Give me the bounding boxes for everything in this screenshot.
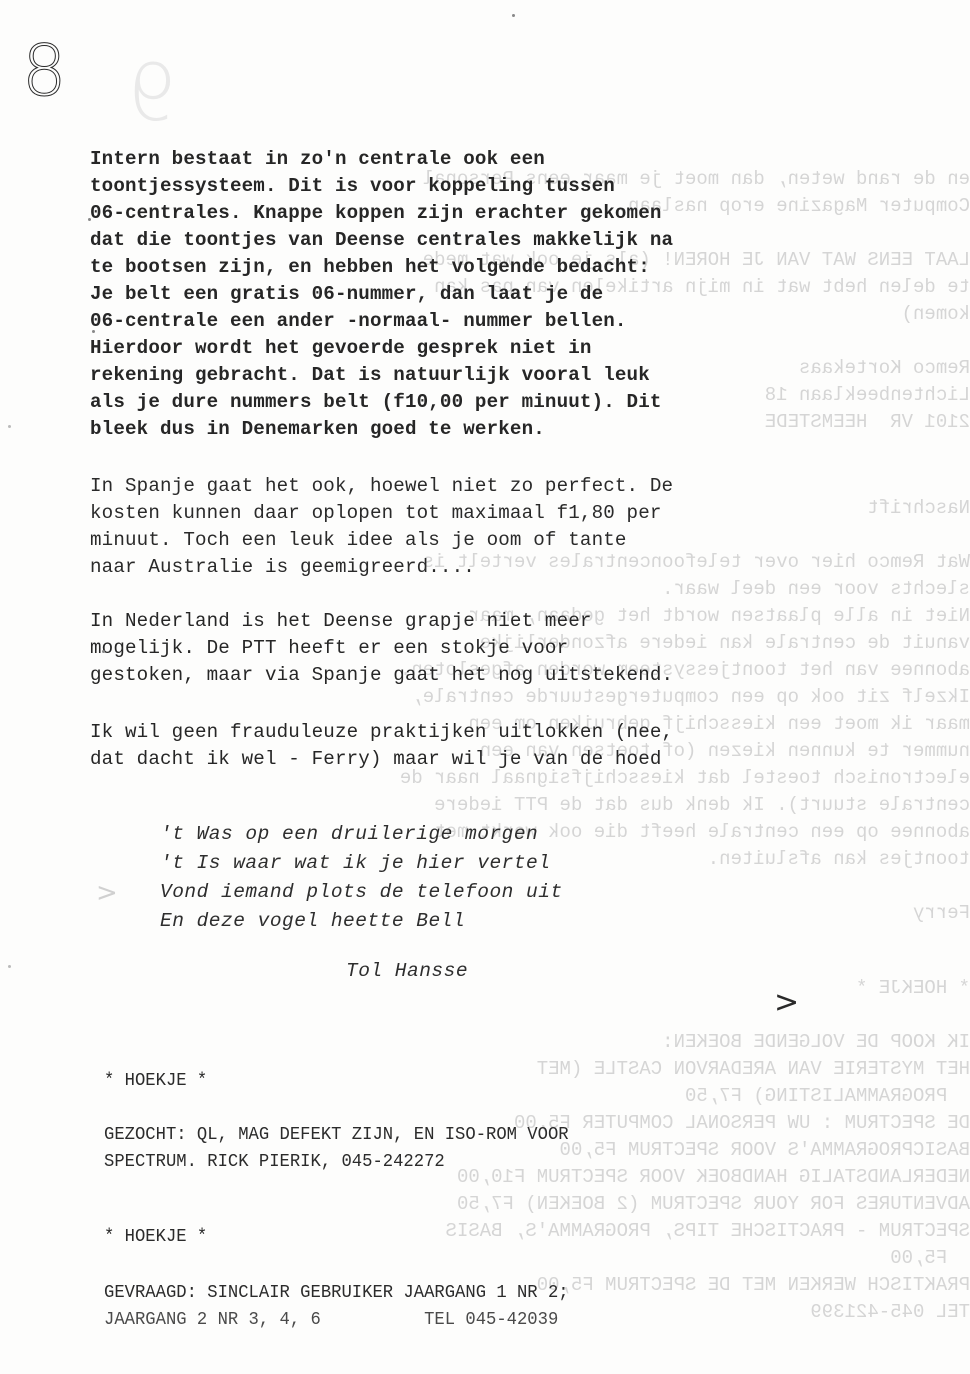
- text-line: 06-centrale een ander -normaal- nummer b…: [90, 308, 673, 335]
- classified-text-2: GEVRAAGD: SINCLAIR GEBRUIKER JAARGANG 1 …: [104, 1279, 569, 1333]
- classified-heading-1: * HOEKJE *: [104, 1067, 207, 1094]
- text-line: gestoken, maar via Spanje gaat het nog u…: [90, 662, 673, 689]
- page-number: 8: [22, 36, 67, 106]
- article-paragraph-2: In Spanje gaat het ook, hoewel niet zo p…: [90, 473, 673, 581]
- faint-chevron-mark-icon: >: [96, 880, 118, 906]
- text-line: In Nederland is het Deense grapje niet m…: [90, 608, 673, 635]
- article-paragraph-4: Ik wil geen frauduleuze praktijken uitlo…: [90, 719, 673, 773]
- text-line: Ik wil geen frauduleuze praktijken uitlo…: [90, 719, 673, 746]
- scan-speck: [102, 650, 105, 653]
- text-line: In Spanje gaat het ook, hoewel niet zo p…: [90, 473, 673, 500]
- text-line: rekening gebracht. Dat is natuurlijk voo…: [90, 362, 673, 389]
- text-line: GEZOCHT: QL, MAG DEFEKT ZIJN, EN ISO-ROM…: [104, 1121, 569, 1148]
- article-paragraph-1: Intern bestaat in zo'n centrale ook eent…: [90, 146, 673, 443]
- text-line: 't Was op een druilerige morgen: [160, 820, 563, 849]
- text-line: JAARGANG 2 NR 3, 4, 6 TEL 045-42039: [104, 1306, 569, 1333]
- text-line: GEVRAAGD: SINCLAIR GEBRUIKER JAARGANG 1 …: [104, 1279, 569, 1306]
- classified-text-1: GEZOCHT: QL, MAG DEFEKT ZIJN, EN ISO-ROM…: [104, 1121, 569, 1175]
- text-line: te bootsen zijn, en hebben het volgende …: [90, 254, 673, 281]
- article-paragraph-3: In Nederland is het Deense grapje niet m…: [90, 608, 673, 689]
- scanned-page: en de rand weten, dan moet je maar eens …: [0, 0, 970, 1374]
- text-line: mogelijk. De PTT heeft er een stokje voo…: [90, 635, 673, 662]
- text-line: bleek dus in Denemarken goed te werken.: [90, 416, 673, 443]
- scan-speck: [92, 330, 95, 333]
- scan-speck: [88, 218, 91, 221]
- poem-author: Tol Hansse: [346, 960, 468, 982]
- text-line: Hierdoor wordt het gevoerde gesprek niet…: [90, 335, 673, 362]
- scan-speck: [8, 425, 11, 428]
- text-line: toontjessysteem. Dit is voor koppeling t…: [90, 173, 673, 200]
- bleed-through-bottom: * HOEKJE * IK KOOP DE VOLGENDE BOEKEN: H…: [600, 975, 970, 1326]
- scan-speck: [512, 14, 515, 17]
- text-line: naar Australie is geemigreerd....: [90, 554, 673, 581]
- classified-heading-2: * HOEKJE *: [104, 1223, 207, 1250]
- scan-speck: [8, 965, 11, 968]
- ghost-page-number: 9: [128, 55, 178, 133]
- text-line: 't Is waar wat ik je hier vertel: [160, 849, 563, 878]
- text-line: 06-centrales. Knappe koppen zijn erachte…: [90, 200, 673, 227]
- text-line: dat dacht ik wel - Ferry) maar wil je va…: [90, 746, 673, 773]
- text-line: Vond iemand plots de telefoon uit: [160, 878, 563, 907]
- text-line: Je belt een gratis 06-nummer, dan laat j…: [90, 281, 673, 308]
- poem: 't Was op een druilerige morgen't Is waa…: [160, 820, 563, 936]
- text-line: minuut. Toch een leuk idee als je oom of…: [90, 527, 673, 554]
- text-line: Intern bestaat in zo'n centrale ook een: [90, 146, 673, 173]
- text-line: dat die toontjes van Deense centrales ma…: [90, 227, 673, 254]
- chevron-mark-icon: >: [774, 988, 799, 1018]
- text-line: En deze vogel heette Bell: [160, 907, 563, 936]
- text-line: kosten kunnen daar oplopen tot maximaal …: [90, 500, 673, 527]
- text-line: als je dure nummers belt (f10,00 per min…: [90, 389, 673, 416]
- text-line: SPECTRUM. RICK PIERIK, 045-242272: [104, 1148, 569, 1175]
